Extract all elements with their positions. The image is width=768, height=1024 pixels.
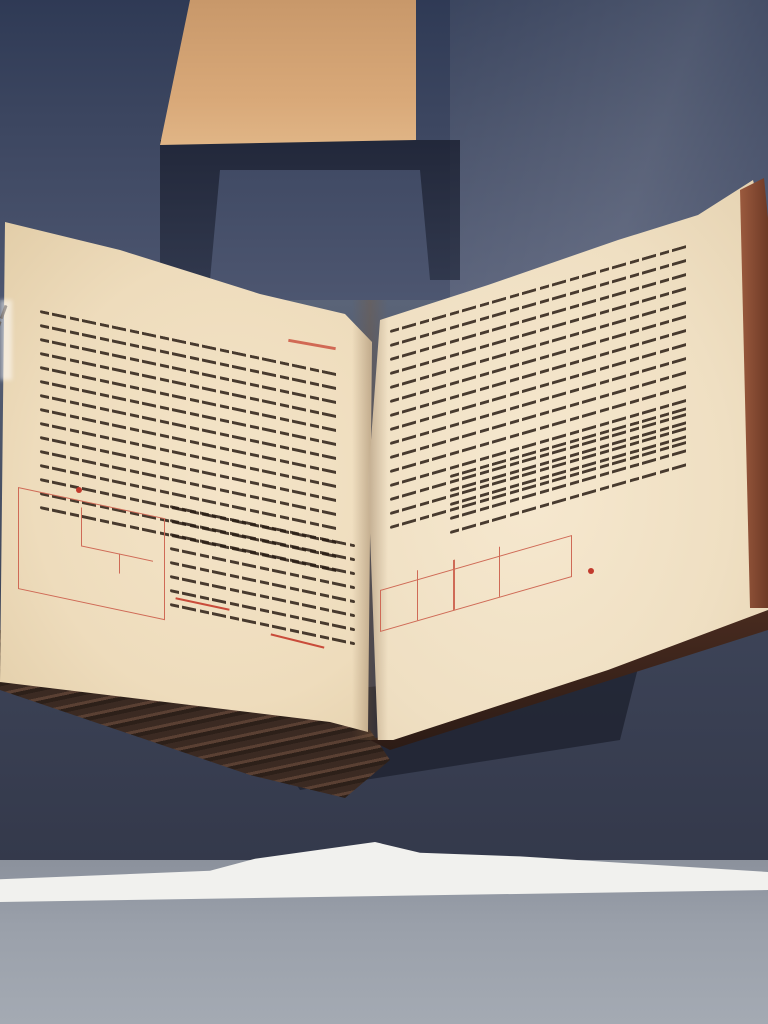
red-verse-marker bbox=[76, 487, 82, 493]
museum-display-scene bbox=[0, 0, 768, 1024]
glass-glare bbox=[0, 300, 12, 380]
wooden-stand-top bbox=[160, 0, 416, 145]
red-verse-marker bbox=[588, 568, 594, 574]
book-gutter bbox=[352, 300, 388, 740]
